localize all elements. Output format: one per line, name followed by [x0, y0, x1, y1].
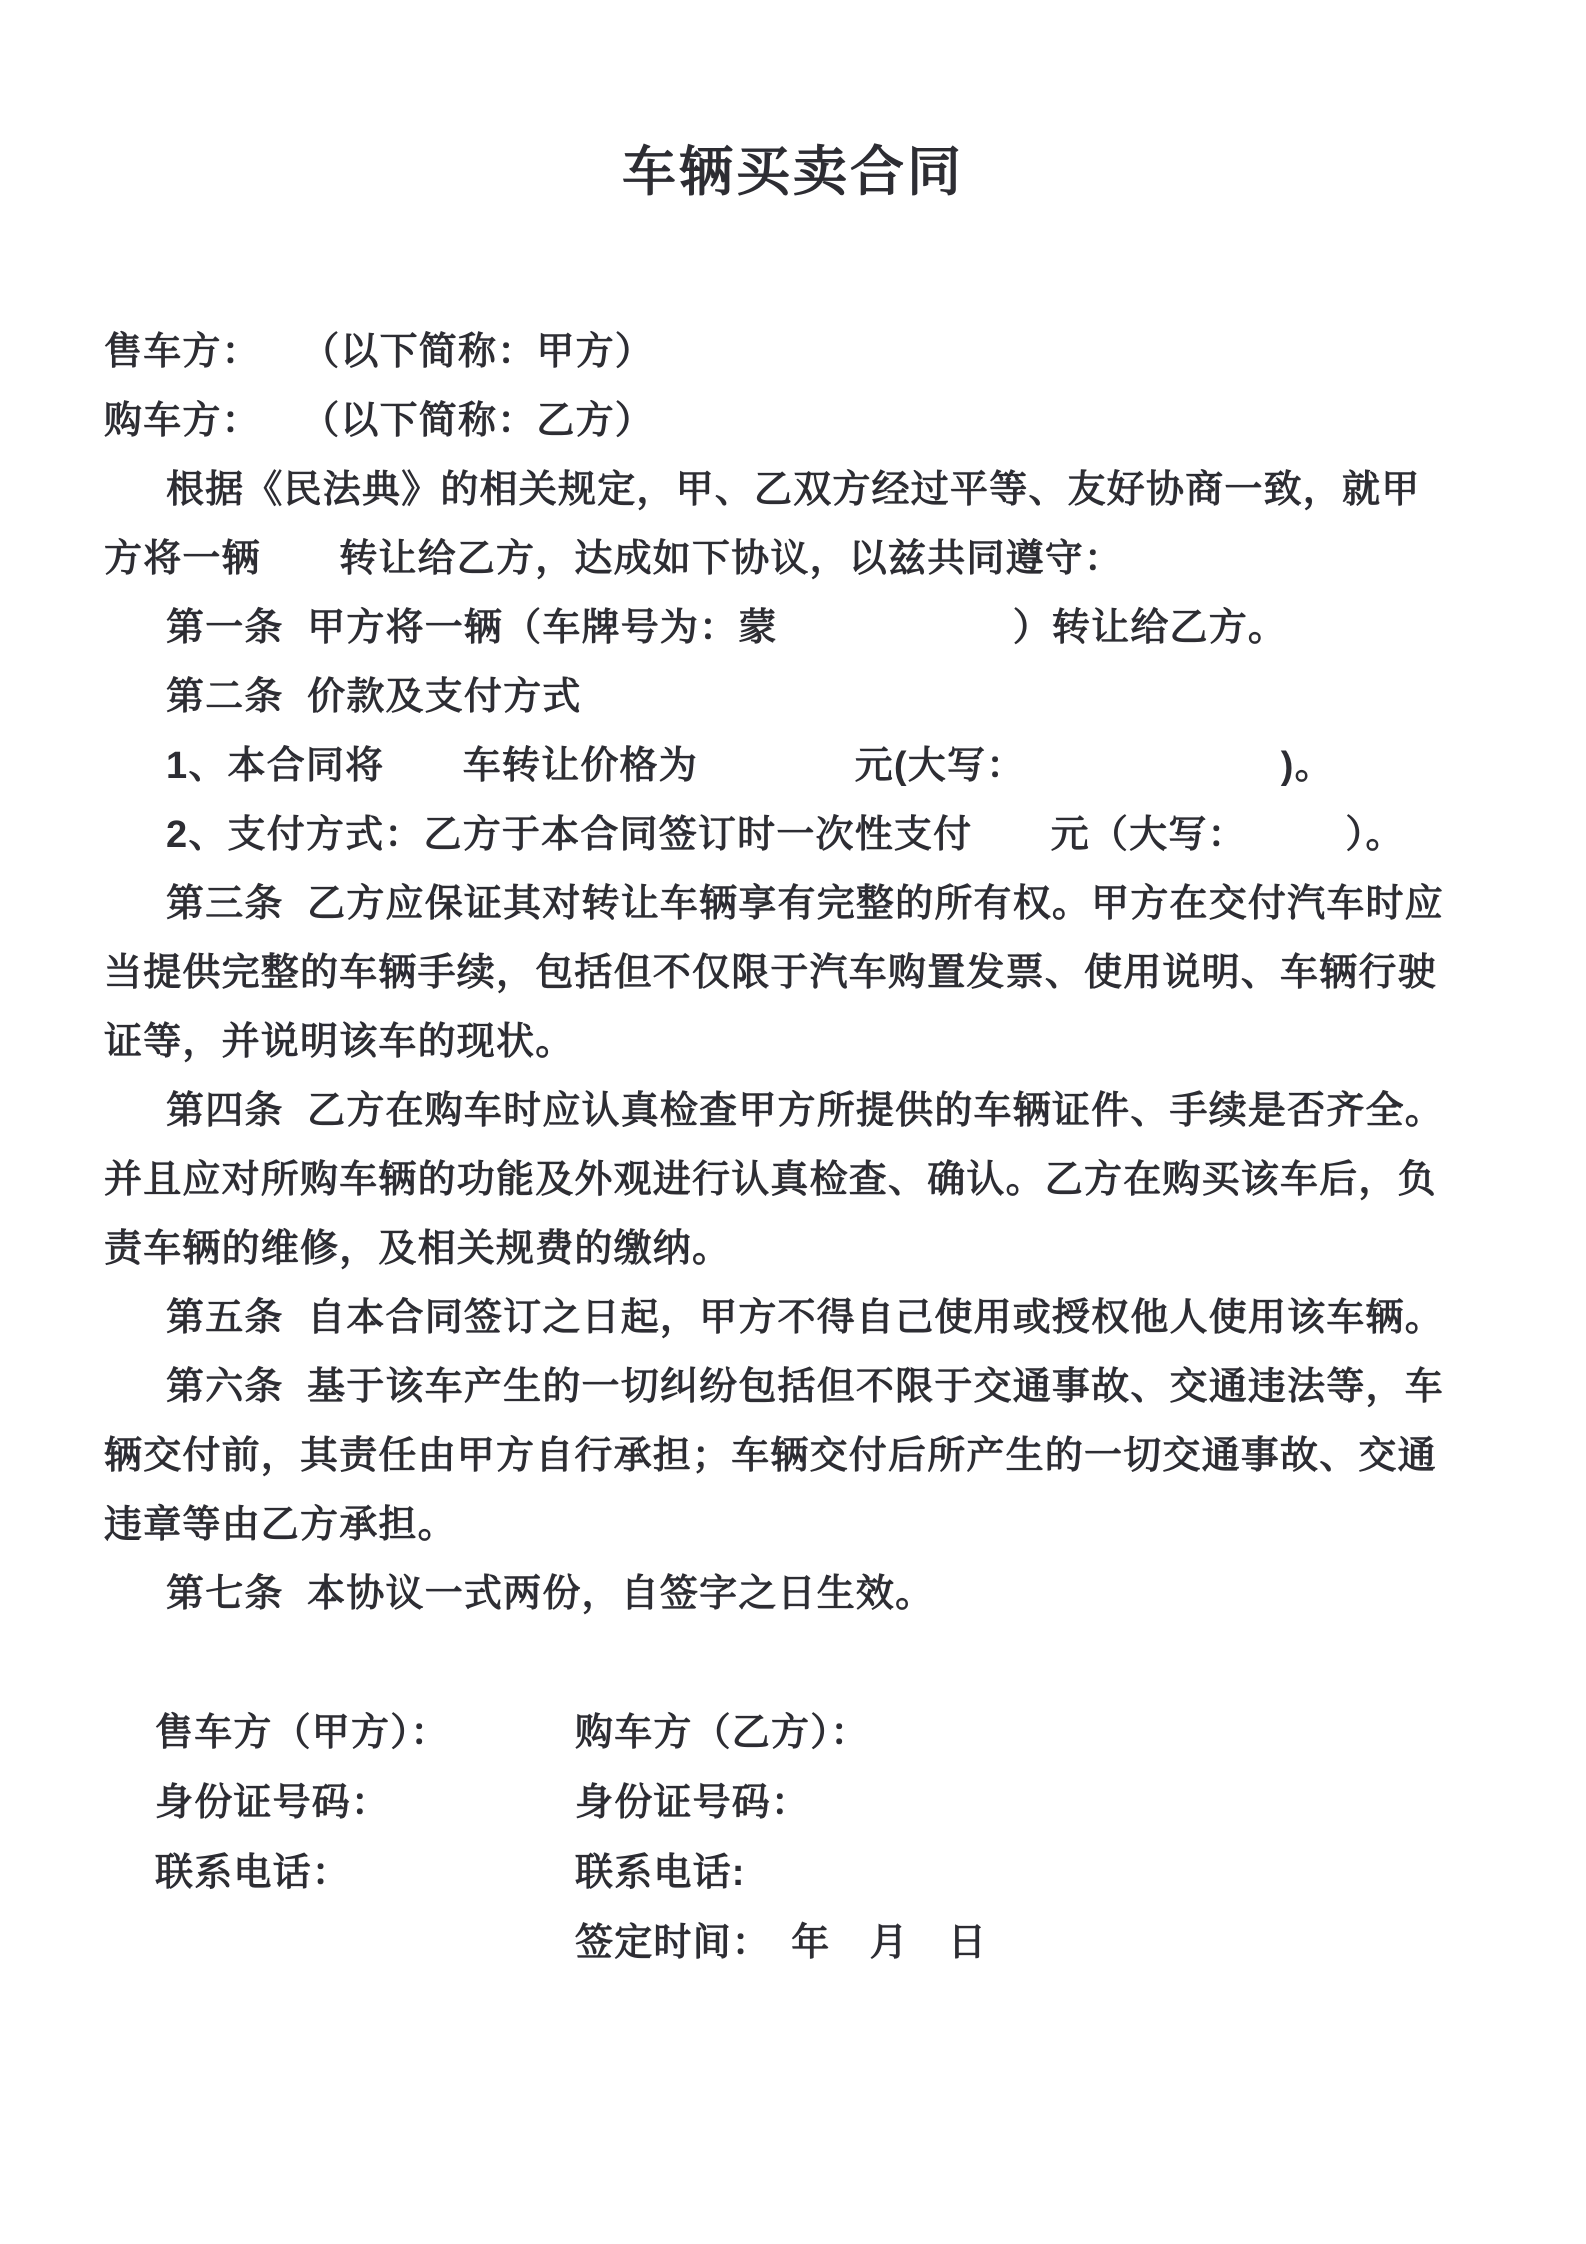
signature-party-a: 售车方（甲方）： 身份证号码： 联系电话：	[155, 1698, 575, 1978]
contract-line-clause-3-a: 第三条 乙方应保证其对转让车辆享有完整的所有权。甲方在交付汽车时应	[104, 870, 1482, 939]
contract-line-clause-4-c: 责车辆的维修，及相关规费的缴纳。	[104, 1215, 1482, 1284]
contract-line-clause-7: 第七条 本协议一式两份，自签字之日生效。	[104, 1560, 1482, 1629]
contract-line-clause-3-b: 当提供完整的车辆手续，包括但不仅限于汽车购置发票、使用说明、车辆行驶	[104, 939, 1482, 1008]
party-b-name-label: 购车方（乙方）：	[575, 1698, 1482, 1768]
doc-title: 车辆买卖合同	[0, 0, 1586, 202]
contract-line-preamble-2: 方将一辆 转让给乙方，达成如下协议，以兹共同遵守：	[104, 525, 1482, 594]
contract-line-clause-1: 第一条 甲方将一辆（车牌号为：蒙 ）转让给乙方。	[104, 594, 1482, 663]
contract-line-clause-6-b: 辆交付前，其责任由甲方自行承担；车辆交付后所产生的一切交通事故、交通	[104, 1422, 1482, 1491]
party-b-id-label: 身份证号码：	[575, 1768, 1482, 1838]
signature-block: 售车方（甲方）： 身份证号码： 联系电话： 购车方（乙方）： 身份证号码： 联系…	[155, 1698, 1482, 1978]
contract-line-clause-2-2: 2、支付方式：乙方于本合同签订时一次性支付 元（大写： ）。	[104, 801, 1482, 870]
contract-line-clause-4-a: 第四条 乙方在购车时应认真检查甲方所提供的车辆证件、手续是否齐全。	[104, 1077, 1482, 1146]
party-b-phone-label: 联系电话:	[575, 1838, 1482, 1908]
contract-line-clause-3-c: 证等，并说明该车的现状。	[104, 1008, 1482, 1077]
contract-page: 车辆买卖合同 售车方： （以下简称：甲方） 购车方： （以下简称：乙方） 根据《…	[0, 0, 1586, 2244]
contract-line-clause-6-a: 第六条 基于该车产生的一切纠纷包括但不限于交通事故、交通违法等，车	[104, 1353, 1482, 1422]
contract-line-seller-intro: 售车方： （以下简称：甲方）	[104, 318, 1482, 387]
contract-line-clause-2: 第二条 价款及支付方式	[104, 663, 1482, 732]
contract-line-clause-5: 第五条 自本合同签订之日起，甲方不得自己使用或授权他人使用该车辆。	[104, 1284, 1482, 1353]
contract-line-preamble-1: 根据《民法典》的相关规定，甲、乙双方经过平等、友好协商一致，就甲	[104, 456, 1482, 525]
signing-date-label: 签定时间： 年 月 日	[575, 1908, 1482, 1978]
contract-body: 售车方： （以下简称：甲方） 购车方： （以下简称：乙方） 根据《民法典》的相关…	[104, 318, 1482, 1629]
contract-line-buyer-intro: 购车方： （以下简称：乙方）	[104, 387, 1482, 456]
signature-party-b: 购车方（乙方）： 身份证号码： 联系电话: 签定时间： 年 月 日	[575, 1698, 1482, 1978]
contract-line-clause-6-c: 违章等由乙方承担。	[104, 1491, 1482, 1560]
contract-line-clause-2-1: 1、本合同将 车转让价格为 元(大写： )。	[104, 732, 1482, 801]
contract-line-clause-4-b: 并且应对所购车辆的功能及外观进行认真检查、确认。乙方在购买该车后，负	[104, 1146, 1482, 1215]
party-a-phone-label: 联系电话：	[155, 1838, 575, 1908]
party-a-name-label: 售车方（甲方）：	[155, 1698, 575, 1768]
party-a-id-label: 身份证号码：	[155, 1768, 575, 1838]
